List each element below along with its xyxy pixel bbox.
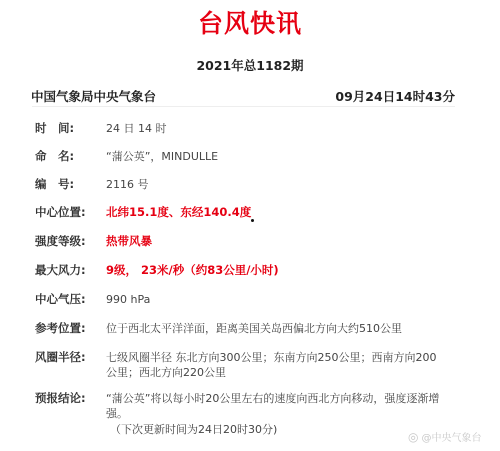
field-value: 北纬15.1度、东经140.4度	[106, 205, 251, 220]
field-label: 强度等级:	[35, 234, 86, 249]
headline-title: 台风快讯	[0, 4, 500, 40]
field-value: “蒲公英”将以每小时20公里左右的速度向西北方向移动，强度逐渐增强。	[106, 391, 446, 421]
field-label: 最大风力:	[35, 263, 86, 278]
field-value: 24 日 14 时	[106, 121, 166, 136]
next-update-note: （下次更新时间为24日20时30分)	[110, 422, 277, 437]
agency-name: 中国气象局中央气象台	[31, 87, 156, 105]
watermark: ◎@中央气象台	[408, 429, 481, 444]
field-label: 时 间:	[35, 121, 74, 136]
field-label: 编 号:	[35, 177, 74, 192]
field-value: 七级风圈半径 东北方向300公里；东南方向250公里；西南方向200公里；西北方…	[106, 350, 446, 380]
field-value: “蒲公英”，MINDULLE	[106, 149, 218, 164]
field-label: 预报结论:	[35, 391, 86, 406]
issued-time: 09月24日14时43分	[335, 87, 455, 105]
field-label: 参考位置:	[35, 321, 86, 336]
issue-number: 2021年总1182期	[0, 56, 500, 74]
field-label: 中心位置:	[35, 205, 86, 220]
field-label: 命 名:	[35, 149, 74, 164]
field-label: 中心气压:	[35, 292, 86, 307]
header-divider	[32, 106, 455, 107]
field-label: 风圈半径:	[35, 350, 86, 365]
field-value: 热带风暴	[106, 234, 152, 249]
field-value: 位于西北太平洋洋面，距离美国关岛西偏北方向大约510公里	[106, 321, 402, 336]
field-value: 2116 号	[106, 177, 149, 192]
stray-dot	[251, 219, 254, 222]
watermark-text: @中央气象台	[421, 433, 481, 444]
weibo-icon: ◎	[408, 430, 418, 444]
field-value: 9级， 23米/秒（约83公里/小时)	[106, 263, 279, 278]
field-value: 990 hPa	[106, 292, 150, 307]
